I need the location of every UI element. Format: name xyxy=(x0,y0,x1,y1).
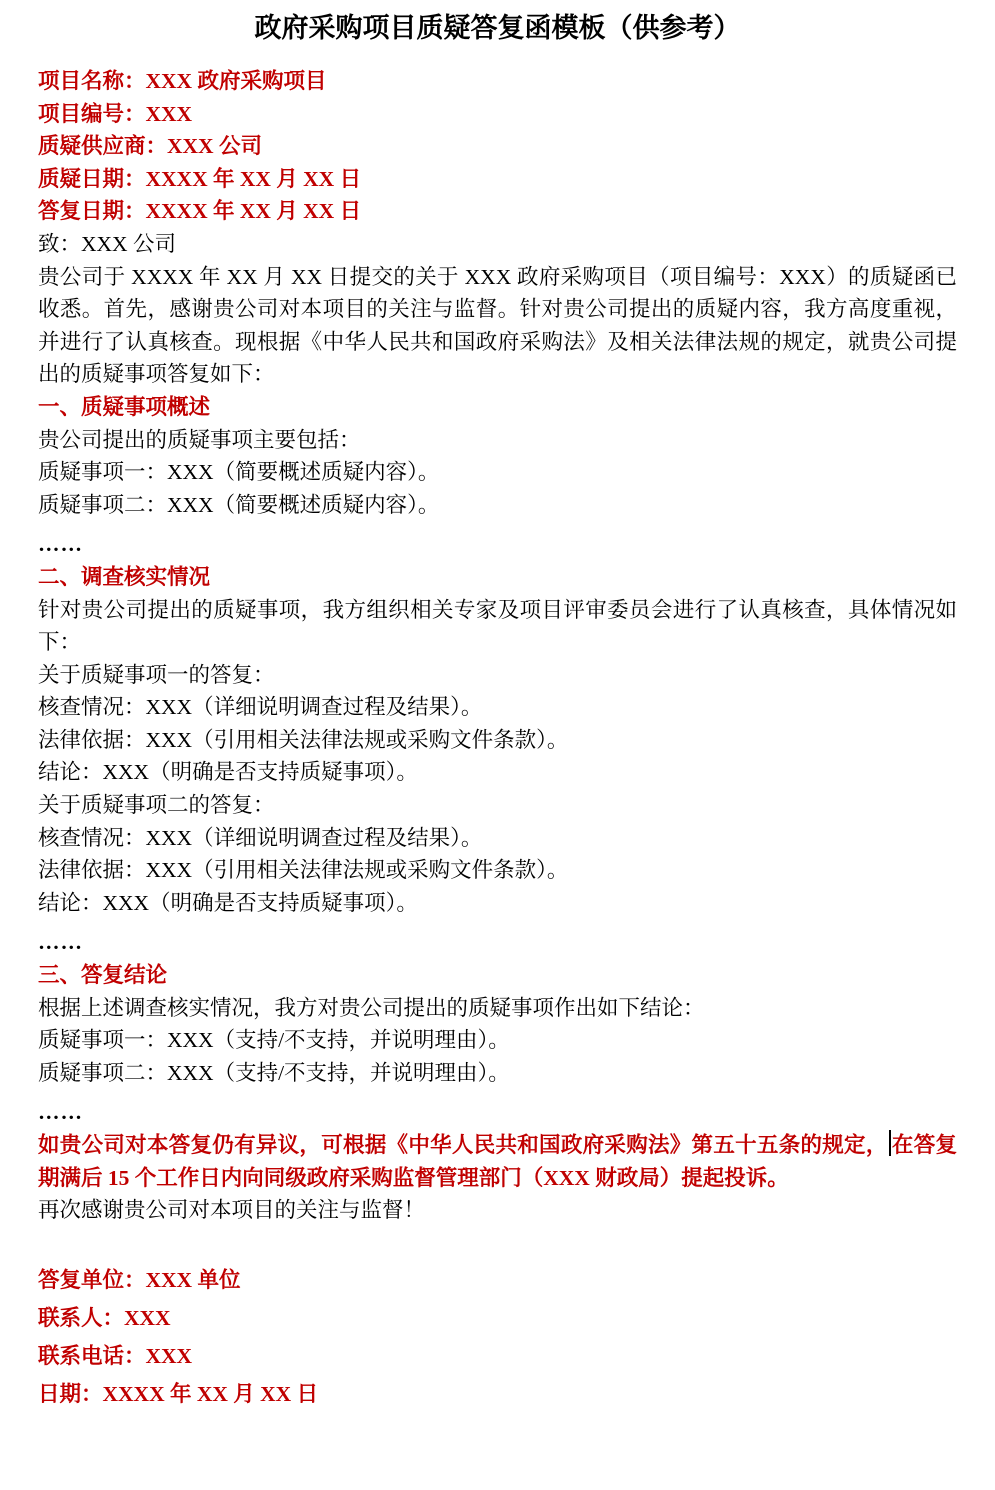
text-segment: 如贵公司对本答复仍有异议，可根据《中华人民共和国政府采购法》第五十五条的规定， xyxy=(38,1133,888,1157)
conclusion-item-2-line[interactable]: 质疑事项二：XXX（支持/不支持，并说明理由）。 xyxy=(38,1057,957,1090)
reply-item-2-conclusion-line[interactable]: 结论：XXX（明确是否支持质疑事项）。 xyxy=(38,887,957,920)
query-supplier-line[interactable]: 质疑供应商：XXX 公司 xyxy=(38,130,957,163)
section-1-lead-line[interactable]: 贵公司提出的质疑事项主要包括： xyxy=(38,424,957,457)
reply-item-2-check-line[interactable]: 核查情况：XXX（详细说明调查过程及结果）。 xyxy=(38,822,957,855)
section-3-heading[interactable]: 三、答复结论 xyxy=(38,959,957,992)
section-1-heading[interactable]: 一、质疑事项概述 xyxy=(38,391,957,424)
conclusion-item-1-line[interactable]: 质疑事项一：XXX（支持/不支持，并说明理由）。 xyxy=(38,1024,957,1057)
project-number-line[interactable]: 项目编号：XXX xyxy=(38,98,957,131)
text-cursor xyxy=(889,1130,891,1156)
document-body[interactable]: 项目名称：XXX 政府采购项目项目编号：XXX质疑供应商：XXX 公司质疑日期：… xyxy=(38,65,957,1413)
query-item-2-summary-line[interactable]: 质疑事项二：XXX（简要概述质疑内容）。 xyxy=(38,489,957,522)
reply-item-2-heading-line[interactable]: 关于质疑事项二的答复： xyxy=(38,789,957,822)
intro-paragraph[interactable]: 贵公司于 XXXX 年 XX 月 XX 日提交的关于 XXX 政府采购项目（项目… xyxy=(38,261,957,391)
reply-date-line[interactable]: 答复日期：XXXX 年 XX 月 XX 日 xyxy=(38,195,957,228)
contact-phone-line[interactable]: 联系电话：XXX xyxy=(38,1337,957,1375)
query-date-line[interactable]: 质疑日期：XXXX 年 XX 月 XX 日 xyxy=(38,163,957,196)
document-title[interactable]: 政府采购项目质疑答复函模板（供参考） xyxy=(38,8,957,48)
blank-spacer xyxy=(38,1227,957,1261)
reply-unit-line[interactable]: 答复单位：XXX 单位 xyxy=(38,1261,957,1299)
section-2-heading[interactable]: 二、调查核实情况 xyxy=(38,561,957,594)
project-name-line[interactable]: 项目名称：XXX 政府采购项目 xyxy=(38,65,957,98)
section-2-lead-paragraph[interactable]: 针对贵公司提出的质疑事项，我方组织相关专家及项目评审委员会进行了认真核查，具体情… xyxy=(38,594,957,659)
query-item-1-summary-line[interactable]: 质疑事项一：XXX（简要概述质疑内容）。 xyxy=(38,456,957,489)
reply-item-1-legal-line[interactable]: 法律依据：XXX（引用相关法律法规或采购文件条款）。 xyxy=(38,724,957,757)
contact-person-line[interactable]: 联系人：XXX xyxy=(38,1299,957,1337)
ellipsis-line[interactable]: …… xyxy=(38,528,957,561)
ellipsis-line[interactable]: …… xyxy=(38,1096,957,1129)
reply-item-1-heading-line[interactable]: 关于质疑事项一的答复： xyxy=(38,659,957,692)
reply-item-1-conclusion-line[interactable]: 结论：XXX（明确是否支持质疑事项）。 xyxy=(38,756,957,789)
section-3-lead-line[interactable]: 根据上述调查核实情况，我方对贵公司提出的质疑事项作出如下结论： xyxy=(38,992,957,1025)
document-page: 政府采购项目质疑答复函模板（供参考） 项目名称：XXX 政府采购项目项目编号：X… xyxy=(0,0,995,1490)
addressee-line[interactable]: 致：XXX 公司 xyxy=(38,228,957,261)
reply-item-2-legal-line[interactable]: 法律依据：XXX（引用相关法律法规或采购文件条款）。 xyxy=(38,854,957,887)
thanks-line[interactable]: 再次感谢贵公司对本项目的关注与监督！ xyxy=(38,1194,957,1227)
ellipsis-line[interactable]: …… xyxy=(38,926,957,959)
reply-item-1-check-line[interactable]: 核查情况：XXX（详细说明调查过程及结果）。 xyxy=(38,691,957,724)
appeal-notice-paragraph[interactable]: 如贵公司对本答复仍有异议，可根据《中华人民共和国政府采购法》第五十五条的规定，在… xyxy=(38,1129,957,1194)
signature-date-line[interactable]: 日期：XXXX 年 XX 月 XX 日 xyxy=(38,1375,957,1413)
